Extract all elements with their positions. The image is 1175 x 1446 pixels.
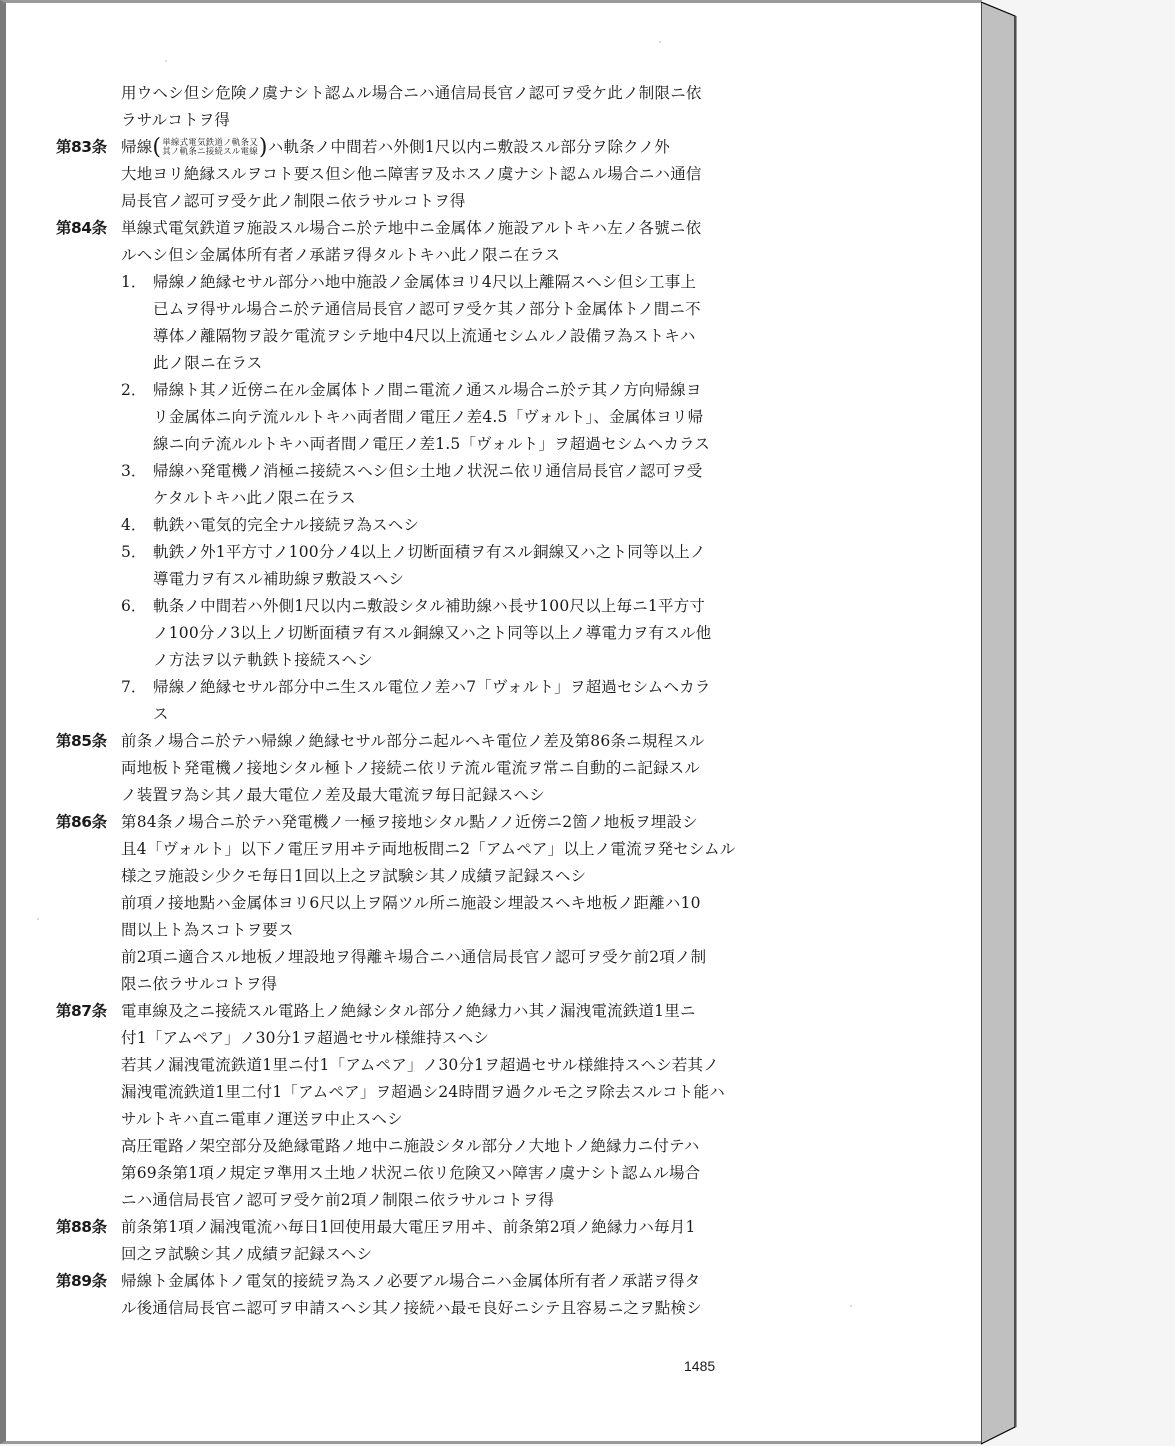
text-line: 局長官ノ認可ヲ受ケ此ノ制限ニ依ラサルコトヲ得 [121, 188, 726, 215]
text-line: 様之ヲ施設シ少クモ毎日1回以上之ヲ試験シ其ノ成績ヲ記録スヘシ [121, 863, 726, 890]
article-label: 第87条 [56, 998, 107, 1025]
list-item: 4． 軌鉄ハ電気的完全ナル接続ヲ為スヘシ [121, 512, 726, 539]
text-line: ノ100分ノ3以上ノ切断面積ヲ有スル銅線又ハ之ト同等以上ノ導電力ヲ有スル他 [153, 620, 726, 647]
text-line: 第69条第1項ノ規定ヲ準用ス土地ノ状況ニ依リ危険又ハ障害ノ虞ナシト認ムル場合 [121, 1160, 726, 1187]
continuation-paragraph: 用ウヘシ但シ危険ノ虞ナシト認ムル場合ニハ通信局長官ノ認可ヲ受ケ此ノ制限ニ依 ラサ… [121, 80, 726, 134]
open-paren: ( [152, 135, 161, 160]
text-line: 前2項ニ適合スル地板ノ埋設地ヲ得離キ場合ニハ通信局長官ノ認可ヲ受ケ前2項ノ制 [121, 944, 726, 971]
article-84: 第84条 単線式電気鉄道ヲ施設スル場合ニ於テ地中ニ金属体ノ施設アルトキハ左ノ各號… [56, 215, 726, 728]
page-stack-edge [981, 2, 1017, 1445]
text-line: ノ装置ヲ為シ其ノ最大電位ノ差及最大電流ヲ毎日記録スヘシ [121, 782, 726, 809]
article-89: 第89条 帰線ト金属体トノ電気的接続ヲ為スノ必要アル場合ニハ金属体所有者ノ承諾ヲ… [56, 1268, 726, 1322]
text-line: リ金属体ニ向テ流ルルトキハ両者間ノ電圧ノ差4.5「ヴォルト」、金属体ヨリ帰 [153, 404, 726, 431]
list-item: 2． 帰線ト其ノ近傍ニ在ル金属体トノ間ニ電流ノ通スル場合ニ於テ其ノ方向帰線ヨ リ… [121, 377, 726, 458]
text-line: 帰線ノ絶縁セサル部分ハ地中施設ノ金属体ヨリ4尺以上離隔スヘシ但シ工事上 [153, 269, 726, 296]
list-item: 7． 帰線ノ絶縁セサル部分中ニ生スル電位ノ差ハ7「ヴォルト」ヲ超過セシムヘカラ … [121, 674, 726, 728]
list-item: 5． 軌鉄ノ外1平方寸ノ100分ノ4以上ノ切断面積ヲ有スル銅線又ハ之ト同等以上ノ… [121, 539, 726, 593]
page-number: 1485 [684, 1358, 715, 1374]
item-number: 2． [121, 377, 146, 404]
note-line: 其ノ軌条ニ接続スル電線 [162, 147, 258, 157]
item-number: 3． [121, 458, 146, 485]
list-item: 3． 帰線ハ発電機ノ消極ニ接続スヘシ但シ土地ノ状況ニ依リ通信局長官ノ認可ヲ受 ケ… [121, 458, 726, 512]
article-label: 第85条 [56, 728, 107, 755]
text-line: サルトキハ直ニ電車ノ運送ヲ中止スヘシ [121, 1106, 726, 1133]
text-line: 帰線ハ発電機ノ消極ニ接続スヘシ但シ土地ノ状況ニ依リ通信局長官ノ認可ヲ受 [153, 458, 726, 485]
text-line: 若其ノ漏洩電流鉄道1里ニ付1「アムペア」ノ30分1ヲ超過セサル様維持スヘシ若其ノ [121, 1052, 726, 1079]
text-span: 帰線 [121, 138, 152, 156]
text-line: 軌鉄ノ外1平方寸ノ100分ノ4以上ノ切断面積ヲ有スル銅線又ハ之ト同等以上ノ [153, 539, 726, 566]
article-87: 第87条 電車線及之ニ接続スル電路上ノ絶縁シタル部分ノ絶縁力ハ其ノ漏洩電流鉄道1… [56, 998, 726, 1214]
text-line: 線ニ向テ流ルルトキハ両者間ノ電圧ノ差1.5「ヴォルト」ヲ超過セシムヘカラス [153, 431, 726, 458]
list-item: 6． 軌条ノ中間若ハ外側1尺以内ニ敷設シタル補助線ハ長サ100尺以上毎ニ1平方寸… [121, 593, 726, 674]
text-line: 前条第1項ノ漏洩電流ハ毎日1回使用最大電圧ヲ用ヰ、前条第2項ノ絶縁力ハ毎月1 [121, 1214, 726, 1241]
text-line: 前項ノ接地點ハ金属体ヨリ6尺以上ヲ隔ツル所ニ施設シ埋設スヘキ地板ノ距離ハ10 [121, 890, 726, 917]
text-line: 電車線及之ニ接続スル電路上ノ絶縁シタル部分ノ絶縁力ハ其ノ漏洩電流鉄道1里ニ [121, 998, 726, 1025]
text-line: 大地ヨリ絶縁スルヲコト要ス但シ他ニ障害ヲ及ホスノ虞ナシト認ムル場合ニハ通信 [121, 161, 726, 188]
text-line: ル後通信局長官ニ認可ヲ申請スヘシ其ノ接続ハ最モ良好ニシテ且容易ニ之ヲ點検シ [121, 1295, 726, 1322]
article-83: 第83条 帰線(単線式電気鉄道ノ軌条又其ノ軌条ニ接続スル電線)ハ軌条ノ中間若ハ外… [56, 134, 726, 215]
text-line: 回之ヲ試験シ其ノ成績ヲ記録スヘシ [121, 1241, 726, 1268]
close-paren: ) [259, 135, 268, 160]
item-number: 1． [121, 269, 146, 296]
text-line: 間以上ト為スコトヲ要ス [121, 917, 726, 944]
list-item: 1． 帰線ノ絶縁セサル部分ハ地中施設ノ金属体ヨリ4尺以上離隔スヘシ但シ工事上 已… [121, 269, 726, 377]
item-number: 5． [121, 539, 146, 566]
article-label: 第89条 [56, 1268, 107, 1295]
text-line: 已ムヲ得サル場合ニ於テ通信局長官ノ認可ヲ受ケ其ノ部分ト金属体トノ間ニ不 [153, 296, 726, 323]
text-line: 帰線(単線式電気鉄道ノ軌条又其ノ軌条ニ接続スル電線)ハ軌条ノ中間若ハ外側1尺以内… [121, 134, 726, 161]
text-line: 軌鉄ハ電気的完全ナル接続ヲ為スヘシ [153, 512, 726, 539]
text-line: 導体ノ離隔物ヲ設ケ電流ヲシテ地中4尺以上流通セシムルノ設備ヲ為ストキハ [153, 323, 726, 350]
text-line: 用ウヘシ但シ危険ノ虞ナシト認ムル場合ニハ通信局長官ノ認可ヲ受ケ此ノ制限ニ依 [121, 80, 726, 107]
article-label: 第84条 [56, 215, 107, 242]
text-line: 漏洩電流鉄道1里二付1「アムペア」ヲ超過シ24時間ヲ過クルモ之ヲ除去スルコト能ハ [121, 1079, 726, 1106]
item-number: 6． [121, 593, 146, 620]
item-number: 4． [121, 512, 146, 539]
item-number: 7． [121, 674, 146, 701]
text-line: 前条ノ場合ニ於テハ帰線ノ絶縁セサル部分ニ起ルヘキ電位ノ差及第86条ニ規程スル [121, 728, 726, 755]
text-line: 帰線ト其ノ近傍ニ在ル金属体トノ間ニ電流ノ通スル場合ニ於テ其ノ方向帰線ヨ [153, 377, 726, 404]
text-line: 高圧電路ノ架空部分及絶縁電路ノ地中ニ施設シタル部分ノ大地トノ絶縁力ニ付テハ [121, 1133, 726, 1160]
text-line: ルヘシ但シ金属体所有者ノ承諾ヲ得タルトキハ此ノ限ニ在ラス [121, 242, 726, 269]
text-line: 帰線ノ絶縁セサル部分中ニ生スル電位ノ差ハ7「ヴォルト」ヲ超過セシムヘカラ [153, 674, 726, 701]
text-line: 付1「アムペア」ノ30分1ヲ超過セサル様維持スヘシ [121, 1025, 726, 1052]
text-line: 軌条ノ中間若ハ外側1尺以内ニ敷設シタル補助線ハ長サ100尺以上毎ニ1平方寸 [153, 593, 726, 620]
text-line: 限ニ依ラサルコトヲ得 [121, 971, 726, 998]
article-85: 第85条 前条ノ場合ニ於テハ帰線ノ絶縁セサル部分ニ起ルヘキ電位ノ差及第86条ニ規… [56, 728, 726, 809]
text-line: 両地板ト発電機ノ接地シタル極トノ接続ニ依リテ流ル電流ヲ常ニ自動的ニ記録スル [121, 755, 726, 782]
document-body: 用ウヘシ但シ危険ノ虞ナシト認ムル場合ニハ通信局長官ノ認可ヲ受ケ此ノ制限ニ依 ラサ… [56, 80, 726, 1322]
text-line: ス [153, 701, 726, 728]
text-line: 導電力ヲ有スル補助線ヲ敷設スヘシ [153, 566, 726, 593]
article-86: 第86条 第84条ノ場合ニ於テハ発電機ノ一極ヲ接地シタル點ノノ近傍ニ2箇ノ地板ヲ… [56, 809, 726, 998]
text-line: 第84条ノ場合ニ於テハ発電機ノ一極ヲ接地シタル點ノノ近傍ニ2箇ノ地板ヲ埋設シ [121, 809, 726, 836]
article-88: 第88条 前条第1項ノ漏洩電流ハ毎日1回使用最大電圧ヲ用ヰ、前条第2項ノ絶縁力ハ… [56, 1214, 726, 1268]
text-line: ラサルコトヲ得 [121, 107, 726, 134]
text-line: 此ノ限ニ在ラス [153, 350, 726, 377]
article-label: 第83条 [56, 134, 107, 161]
text-line: 且4「ヴォルト」以下ノ電圧ヲ用ヰテ両地板間ニ2「アムペア」以上ノ電流ヲ発セシムル [121, 836, 726, 863]
text-line: 帰線ト金属体トノ電気的接続ヲ為スノ必要アル場合ニハ金属体所有者ノ承諾ヲ得タ [121, 1268, 726, 1295]
text-line: ノ方法ヲ以テ軌鉄ト接続スヘシ [153, 647, 726, 674]
article-label: 第88条 [56, 1214, 107, 1241]
text-line: ケタルトキハ此ノ限ニ在ラス [153, 485, 726, 512]
inline-note: 単線式電気鉄道ノ軌条又其ノ軌条ニ接続スル電線 [162, 139, 258, 157]
article-label: 第86条 [56, 809, 107, 836]
text-line: ニハ通信局長官ノ認可ヲ受ケ前2項ノ制限ニ依ラサルコトヲ得 [121, 1187, 726, 1214]
text-line: 単線式電気鉄道ヲ施設スル場合ニ於テ地中ニ金属体ノ施設アルトキハ左ノ各號ニ依 [121, 215, 726, 242]
text-span: ハ軌条ノ中間若ハ外側1尺以内ニ敷設スル部分ヲ除クノ外 [268, 138, 670, 156]
